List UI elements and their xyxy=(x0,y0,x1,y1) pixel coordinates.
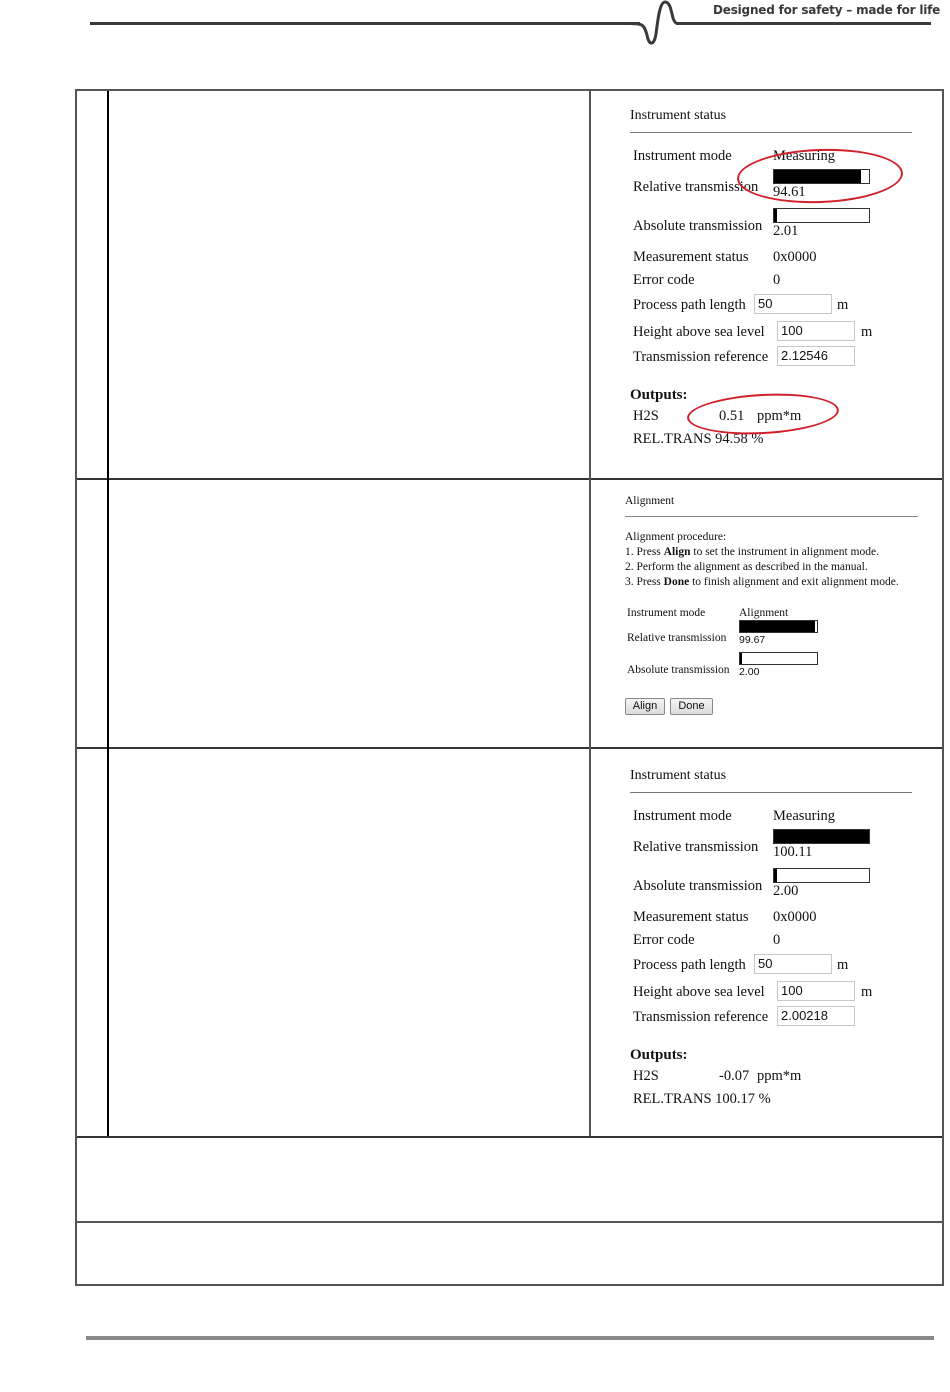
absolute-transmission-label: Absolute transmission xyxy=(627,665,730,677)
h2s-unit: ppm*m xyxy=(757,1069,801,1084)
table-row xyxy=(77,1221,942,1286)
step-number-cell xyxy=(77,478,109,747)
step-description-cell xyxy=(109,91,591,478)
table-row: Alignment Alignment procedure: 1. Press … xyxy=(77,478,942,749)
title-divider xyxy=(630,792,912,793)
transmission-reference-label: Transmission reference xyxy=(633,350,768,365)
relative-transmission-label: Relative transmission xyxy=(633,840,758,855)
process-path-length-input[interactable]: 50 xyxy=(754,954,832,974)
instrument-mode-value: Measuring xyxy=(773,809,835,824)
height-input[interactable]: 100 xyxy=(777,321,855,341)
process-path-length-label: Process path length xyxy=(633,958,746,973)
error-code-label: Error code xyxy=(633,933,695,948)
measurement-status-value: 0x0000 xyxy=(773,250,817,265)
process-path-length-unit: m xyxy=(837,298,848,313)
procedure-heading: Alignment procedure: xyxy=(625,532,726,544)
relative-transmission-value: 100.11 xyxy=(773,845,812,860)
h2s-value: -0.07 xyxy=(719,1069,749,1084)
error-code-value: 0 xyxy=(773,933,780,948)
absolute-transmission-label: Absolute transmission xyxy=(633,219,762,234)
table-row: Instrument status Instrument mode Measur… xyxy=(77,91,942,480)
highlight-ellipse-h2s xyxy=(686,390,840,438)
height-unit: m xyxy=(861,985,872,1000)
outputs-heading: Outputs: xyxy=(630,388,688,403)
procedure-step-1: 1. Press Align to set the instrument in … xyxy=(625,547,879,559)
absolute-transmission-value: 2.00 xyxy=(739,667,759,678)
logo-wave-icon xyxy=(630,0,680,50)
footer-rule xyxy=(86,1336,934,1340)
measurement-status-value: 0x0000 xyxy=(773,910,817,925)
measurement-status-label: Measurement status xyxy=(633,250,749,265)
instrument-mode-label: Instrument mode xyxy=(633,809,732,824)
header-rule-left xyxy=(90,22,640,25)
highlight-ellipse-relative-transmission xyxy=(736,146,904,206)
absolute-transmission-bar xyxy=(739,652,818,665)
procedure-step-2: 2. Perform the alignment as described in… xyxy=(625,562,868,574)
instrument-status-panel: Instrument status Instrument mode Measur… xyxy=(630,769,920,1109)
height-input[interactable]: 100 xyxy=(777,981,855,1001)
procedure-step-3: 3. Press Done to finish alignment and ex… xyxy=(625,577,899,589)
transmission-reference-input[interactable]: 2.12546 xyxy=(777,346,855,366)
step-screenshot-cell: Alignment Alignment procedure: 1. Press … xyxy=(591,478,942,747)
title-divider xyxy=(630,132,912,133)
step-description-cell xyxy=(109,478,591,747)
outputs-heading: Outputs: xyxy=(630,1048,688,1063)
absolute-transmission-value: 2.00 xyxy=(773,884,798,899)
absolute-transmission-bar xyxy=(773,868,870,883)
table-row xyxy=(77,1136,942,1223)
rel-trans-output: REL.TRANS 100.17 % xyxy=(633,1092,771,1107)
instrument-mode-value: Alignment xyxy=(739,608,788,620)
title-divider xyxy=(625,516,918,517)
height-unit: m xyxy=(861,325,872,340)
align-button[interactable]: Align xyxy=(625,698,665,715)
panel-title: Instrument status xyxy=(630,109,726,123)
h2s-label: H2S xyxy=(633,409,659,424)
step-screenshot-cell: Instrument status Instrument mode Measur… xyxy=(591,91,942,478)
panel-title: Instrument status xyxy=(630,769,726,783)
transmission-reference-label: Transmission reference xyxy=(633,1010,768,1025)
h2s-label: H2S xyxy=(633,1069,659,1084)
instrument-mode-label: Instrument mode xyxy=(633,149,732,164)
transmission-reference-input[interactable]: 2.00218 xyxy=(777,1006,855,1026)
step-description-cell xyxy=(109,747,591,1136)
instrument-status-panel: Instrument status Instrument mode Measur… xyxy=(630,109,920,449)
instrument-mode-label: Instrument mode xyxy=(627,608,705,620)
height-label: Height above sea level xyxy=(633,985,765,1000)
step-number-cell xyxy=(77,747,109,1136)
procedure-table: Instrument status Instrument mode Measur… xyxy=(75,89,944,1286)
measurement-status-label: Measurement status xyxy=(633,910,749,925)
height-label: Height above sea level xyxy=(633,325,765,340)
error-code-label: Error code xyxy=(633,273,695,288)
process-path-length-label: Process path length xyxy=(633,298,746,313)
header-rule-right xyxy=(676,22,931,25)
relative-transmission-bar xyxy=(773,829,870,844)
relative-transmission-bar xyxy=(739,620,818,633)
process-path-length-input[interactable]: 50 xyxy=(754,294,832,314)
error-code-value: 0 xyxy=(773,273,780,288)
absolute-transmission-bar xyxy=(773,208,870,223)
alignment-panel: Alignment Alignment procedure: 1. Press … xyxy=(625,496,925,726)
table-row: Instrument status Instrument mode Measur… xyxy=(77,747,942,1138)
step-screenshot-cell: Instrument status Instrument mode Measur… xyxy=(591,747,942,1136)
relative-transmission-label: Relative transmission xyxy=(627,633,726,645)
process-path-length-unit: m xyxy=(837,958,848,973)
step-number-cell xyxy=(77,91,109,478)
header-tagline: Designed for safety – made for life xyxy=(713,3,940,17)
relative-transmission-value: 99.67 xyxy=(739,635,765,646)
alignment-title: Alignment xyxy=(625,496,674,508)
absolute-transmission-value: 2.01 xyxy=(773,224,798,239)
absolute-transmission-label: Absolute transmission xyxy=(633,879,762,894)
done-button[interactable]: Done xyxy=(670,698,713,715)
